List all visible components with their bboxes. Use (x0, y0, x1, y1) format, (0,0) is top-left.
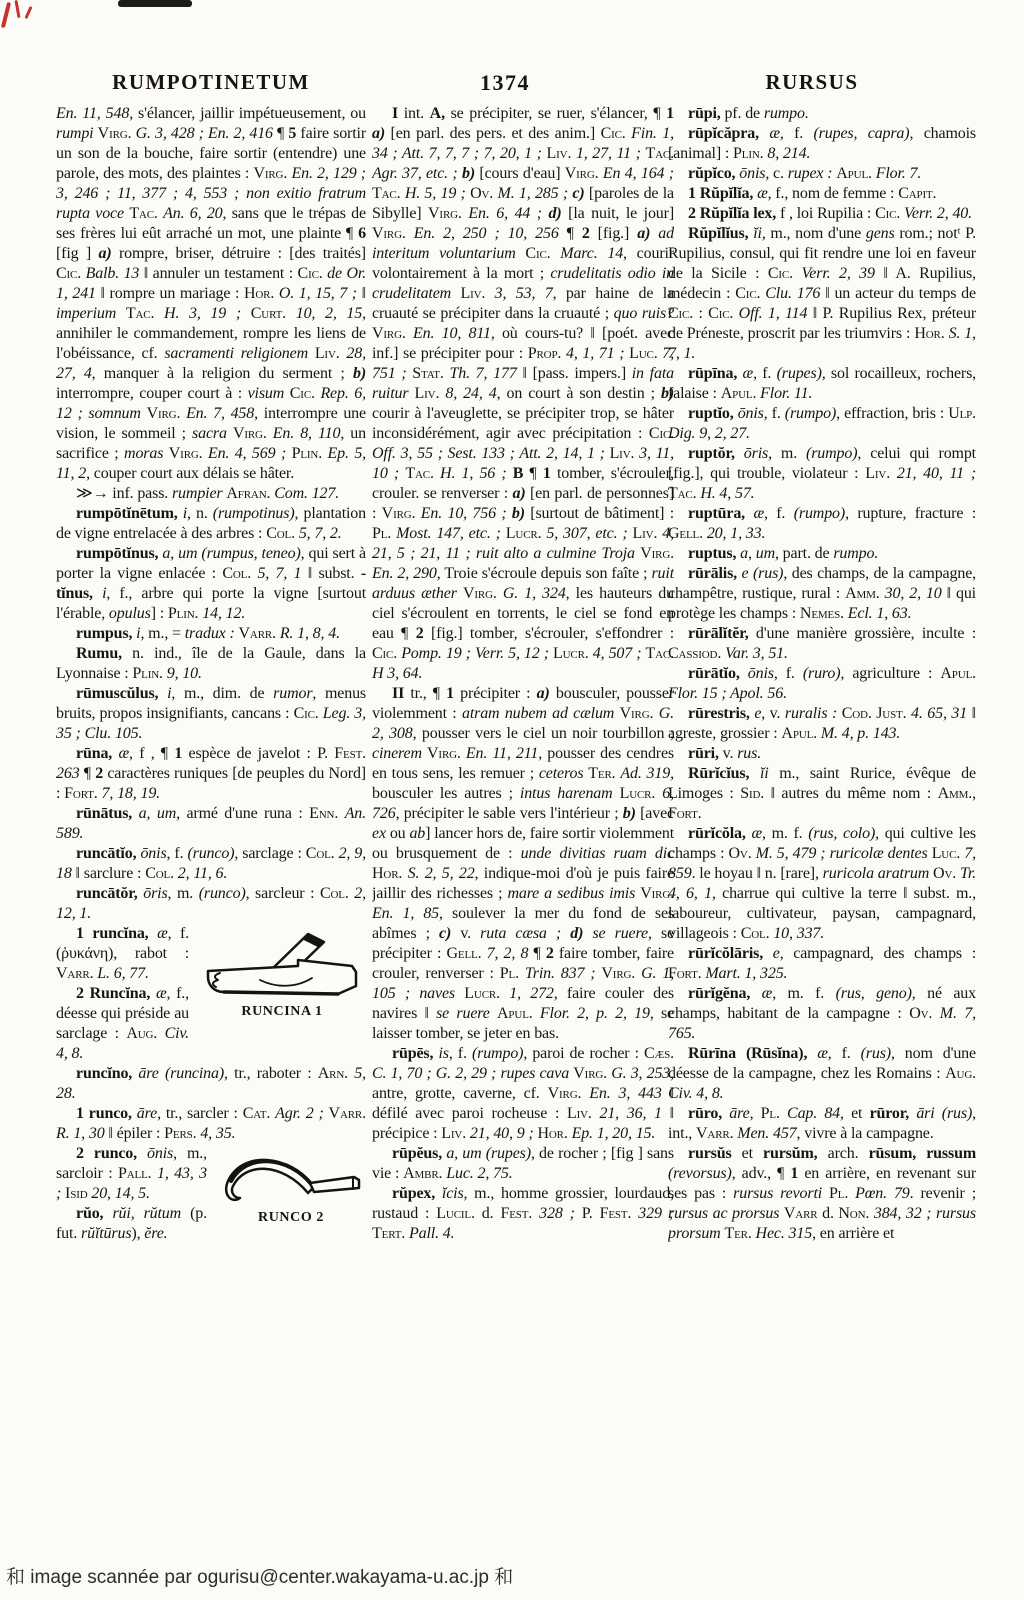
figure-caption: RUNCINA 1 (198, 1002, 366, 1022)
entry-paragraph: rūna, æ, f , ¶ 1 espèce de javelot : P. … (56, 744, 366, 804)
entry-paragraph: Rumu, n. ind., île de la Gaule, dans la … (56, 644, 366, 684)
header-guideword-right: RURSUS (662, 70, 962, 95)
entry-paragraph: rūrālis, e (rus), des champs, de la camp… (668, 564, 976, 624)
entry-paragraph: rumpōtĭnus, a, um (rumpus, teneo), qui s… (56, 544, 366, 624)
entry-paragraph: rūro, āre, Pl. Cap. 84, et rūror, āri (r… (668, 1104, 976, 1144)
entry-paragraph: I int. A, se précipiter, se ruer, s'élan… (372, 104, 674, 684)
column-right: rūpi, pf. de rumpo.rūpĭcăpra, æ, f. (rup… (668, 104, 976, 1566)
entry-paragraph: rŭpĭco, ōnis, c. rupex : Apul. Flor. 7. (668, 164, 976, 184)
entry-paragraph: Rūrīna (Rūsĭna), æ, f. (rus), nom d'une … (668, 1044, 976, 1104)
entry-paragraph: rūrĭcŏlāris, e, campagnard, des champs :… (668, 944, 976, 984)
ink-smudge (118, 0, 192, 7)
entry-paragraph: rūnātus, a, um, armé d'une runa : Enn. A… (56, 804, 366, 844)
entry-paragraph: runcĭno, āre (runcina), tr., raboter : A… (56, 1064, 366, 1104)
column-center: I int. A, se précipiter, se ruer, s'élan… (372, 104, 674, 1566)
entry-paragraph: Rŭpĭlĭus, ĭi, m., nom d'une gens rom.; n… (668, 224, 976, 364)
entry-paragraph: rūrālĭtĕr, d'une manière grossière, incu… (668, 624, 976, 664)
entry-paragraph: rūpĭcăpra, æ, f. (rupes, capra), chamois… (668, 124, 976, 164)
entry-paragraph: 2 Rŭpĭlĭa lex, f , loi Rupilia : Cic. Ve… (668, 204, 976, 224)
entry-paragraph: rūmuscŭlus, i, m., dim. de rumor, menus … (56, 684, 366, 744)
entry-paragraph: runcātĭo, ōnis, f. (runco), sarclage : C… (56, 844, 366, 884)
entry-paragraph: rūpēs, is, f. (rumpo), paroi de rocher :… (372, 1044, 674, 1144)
entry-paragraph: ruptĭo, ōnis, f. (rumpo), effraction, br… (668, 404, 976, 444)
red-pen-mark (14, 0, 20, 18)
entry-paragraph: En. 11, 548, s'élancer, jaillir impétueu… (56, 104, 366, 484)
entry-paragraph: rŭpex, ĭcis, m., homme grossier, lourdau… (372, 1184, 674, 1244)
entry-paragraph: rūrestris, e, v. ruralis : Cod. Just. 4.… (668, 704, 976, 744)
entry-paragraph: 1 runco, āre, tr., sarcler : Cat. Agr. 2… (56, 1104, 366, 1144)
scan-credit: 和 image scannée par ogurisu@center.wakay… (6, 1562, 513, 1589)
entry-paragraph: rūri, v. rus. (668, 744, 976, 764)
sickle-illustration (218, 1147, 364, 1207)
entry-paragraph: ruptūra, æ, f. (rumpo), rupture, fractur… (668, 504, 976, 544)
entry-paragraph: rūrĭcŏla, æ, m. f. (rus, colo), qui cult… (668, 824, 976, 944)
entry-paragraph: rūpi, pf. de rumpo. (668, 104, 976, 124)
plane-illustration (200, 927, 364, 1001)
entry-paragraph: II tr., ¶ 1 précipiter : a) bousculer, p… (372, 684, 674, 1044)
entry-paragraph: 1 Rŭpĭlĭa, æ, f., nom de femme : Capit. (668, 184, 976, 204)
entry-paragraph: rūpīna, æ, f. (rupes), sol rocailleux, r… (668, 364, 976, 404)
entry-paragraph: rumpus, i, m., = tradux : Varr. R. 1, 8,… (56, 624, 366, 644)
entry-paragraph: rūrĭgĕna, æ, m. f. (rus, geno), né aux c… (668, 984, 976, 1044)
entry-paragraph: rursŭs et rursŭm, arch. rūsum, russum (r… (668, 1144, 976, 1244)
header-page-number: 1374 (440, 70, 570, 96)
header-guideword-left: RUMPOTINETUM (56, 70, 366, 95)
entry-paragraph: ≫→ inf. pass. rumpier Afran. Com. 127. (56, 484, 366, 504)
scanned-dictionary-page: RUMPOTINETUM 1374 RURSUS En. 11, 548, s'… (0, 0, 1024, 1600)
red-pen-mark (1, 2, 11, 28)
entry-paragraph: RUNCINA 1 1 runcĭna, æ, f. (ῥυκάνη), rab… (56, 924, 366, 984)
column-left: En. 11, 548, s'élancer, jaillir impétueu… (56, 104, 366, 1566)
red-pen-mark (24, 6, 32, 19)
entry-paragraph: ruptus, a, um, part. de rumpo. (668, 544, 976, 564)
entry-paragraph: rumpōtĭnētum, i, n. (rumpotinus), planta… (56, 504, 366, 544)
entry-paragraph: ruptŏr, ōris, m. (rumpo), celui qui romp… (668, 444, 976, 504)
entry-paragraph: Rūrĭcĭus, ĭi m., saint Rurice, évêque de… (668, 764, 976, 824)
figure-runcina: RUNCINA 1 (198, 927, 366, 1022)
entry-paragraph: rūpĕus, a, um (rupes), de rocher ; [fig … (372, 1144, 674, 1184)
figure-runco: RUNCO 2 (216, 1147, 366, 1228)
entry-paragraph: RUNCO 2 2 runco, ōnis, m., sarcloir : Pa… (56, 1144, 366, 1204)
entry-paragraph: rūrātĭo, ōnis, f. (ruro), agriculture : … (668, 664, 976, 704)
figure-caption: RUNCO 2 (216, 1208, 366, 1228)
entry-paragraph: runcātŏr, ōris, m. (runco), sarcleur : C… (56, 884, 366, 924)
